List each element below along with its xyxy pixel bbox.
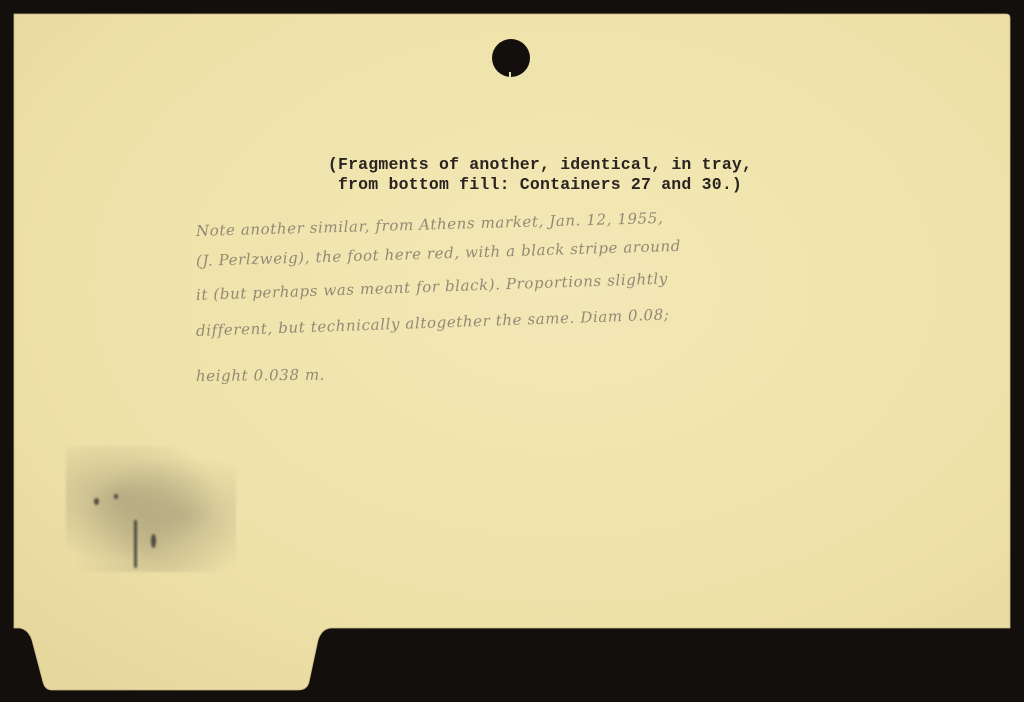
handwritten-note-line-5: height 0.038 m. [196, 366, 325, 385]
typed-note-line-1: (Fragments of another, identical, in tra… [250, 155, 830, 175]
punch-hole-icon [492, 39, 530, 77]
typed-note: (Fragments of another, identical, in tra… [250, 155, 830, 195]
typed-note-line-2: from bottom fill: Containers 27 and 30.) [250, 175, 830, 195]
scanned-index-card-scene: (Fragments of another, identical, in tra… [0, 0, 1024, 702]
stamp-mark [94, 498, 99, 505]
card-outline [14, 14, 1010, 690]
stamp-mark [134, 520, 137, 568]
stamp-mark [114, 494, 118, 499]
stamp-mark [151, 534, 156, 548]
faded-stamp-smudge [66, 446, 236, 572]
index-card [0, 0, 1024, 702]
